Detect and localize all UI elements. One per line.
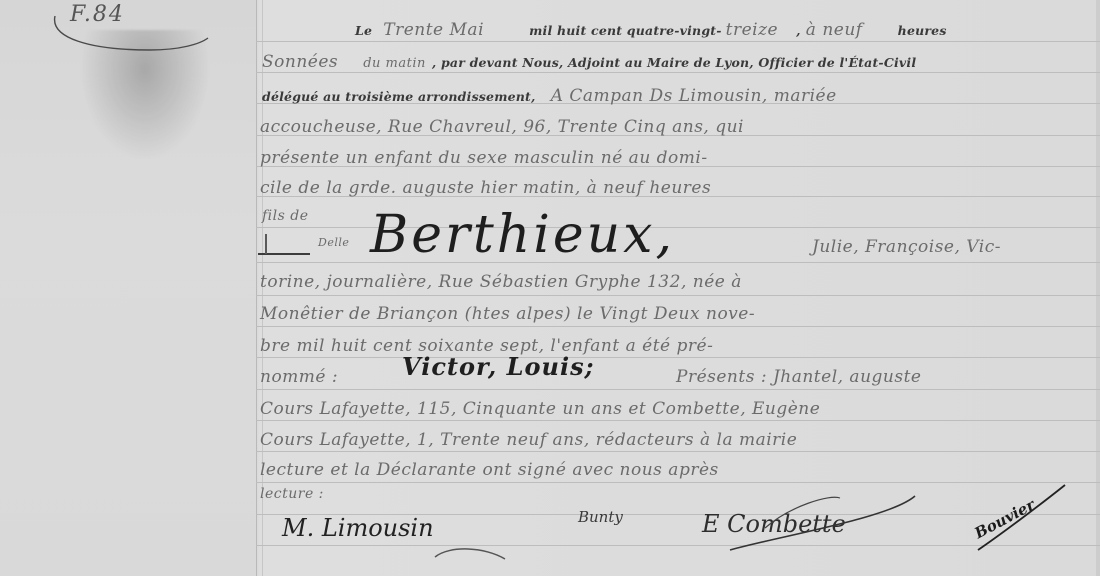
text-line-2: Sonnées du matin, par devant Nous, Adjoi…	[262, 52, 916, 72]
honorific: Delle	[318, 236, 349, 249]
handwritten-date: Trente Mai	[383, 20, 484, 40]
ruled-line	[256, 41, 1100, 42]
ruled-line	[256, 295, 1100, 296]
underline-bar	[265, 234, 267, 254]
mother-given-names: Julie, Françoise, Vic-	[812, 237, 1001, 257]
text-line-12: Cours Lafayette, 115, Cinquante un ans e…	[260, 399, 820, 419]
ruled-line	[256, 357, 1100, 358]
signature-flourish-icon	[700, 488, 920, 558]
page-edge	[1096, 0, 1100, 576]
printed-text: heures	[898, 23, 947, 38]
signature-declarant: M. Limousin	[282, 514, 434, 542]
signature-flourish-icon	[430, 545, 510, 565]
printed-text: Le	[355, 23, 372, 38]
handwritten-hour: à neuf	[806, 20, 863, 40]
text-line-8: torine, journalière, Rue Sébastien Gryph…	[260, 272, 742, 292]
text-line-14: lecture et la Déclarante ont signé avec …	[260, 460, 719, 480]
register-page: F.84 Le Trente Mai mil huit cent quatre-…	[0, 0, 1100, 576]
signature-flourish-icon	[970, 480, 1070, 560]
text-line-7: fils de	[262, 208, 309, 224]
ruled-line	[256, 420, 1100, 421]
margin-rule	[256, 0, 257, 576]
witnesses-intro: Présents : Jhantel, auguste	[676, 367, 921, 387]
handwritten-year: treize	[726, 20, 778, 40]
text-line-6: cile de la grde. auguste hier matin, à n…	[260, 178, 711, 198]
text-line-9: Monêtier de Briançon (htes alpes) le Vin…	[260, 304, 755, 324]
text-line-5: présente un enfant du sexe masculin né a…	[260, 148, 708, 168]
text-line-3: délégué au troisième arrondissement, A C…	[262, 86, 837, 106]
printed-text: , par devant Nous, Adjoint au Maire de L…	[432, 55, 916, 70]
ruled-line	[256, 389, 1100, 390]
ruled-line	[256, 326, 1100, 327]
child-surname: Berthieux,	[370, 205, 675, 265]
ruled-line	[256, 72, 1100, 73]
child-given-names: Victor, Louis;	[402, 352, 594, 381]
text-line-1: Le Trente Mai mil huit cent quatre-vingt…	[355, 20, 947, 40]
handwritten-text: Sonnées	[262, 52, 338, 72]
entry-number: F.84	[70, 2, 125, 27]
signature-witness-1: Bunty	[578, 508, 623, 526]
printed-text: délégué au troisième arrondissement,	[262, 89, 536, 104]
text-line-15: lecture :	[260, 486, 324, 502]
printed-text: ,	[796, 23, 801, 38]
ruled-line	[256, 451, 1100, 452]
handwritten-text: du matin	[363, 56, 426, 71]
text-line-13: Cours Lafayette, 1, Trente neuf ans, réd…	[260, 430, 797, 450]
printed-text: mil huit cent quatre-vingt-	[529, 23, 722, 38]
text-line-4: accoucheuse, Rue Chavreul, 96, Trente Ci…	[260, 117, 744, 137]
text-line-11: nommé :	[260, 367, 338, 387]
handwritten-declarant: A Campan Ds Limousin, mariée	[551, 86, 837, 106]
